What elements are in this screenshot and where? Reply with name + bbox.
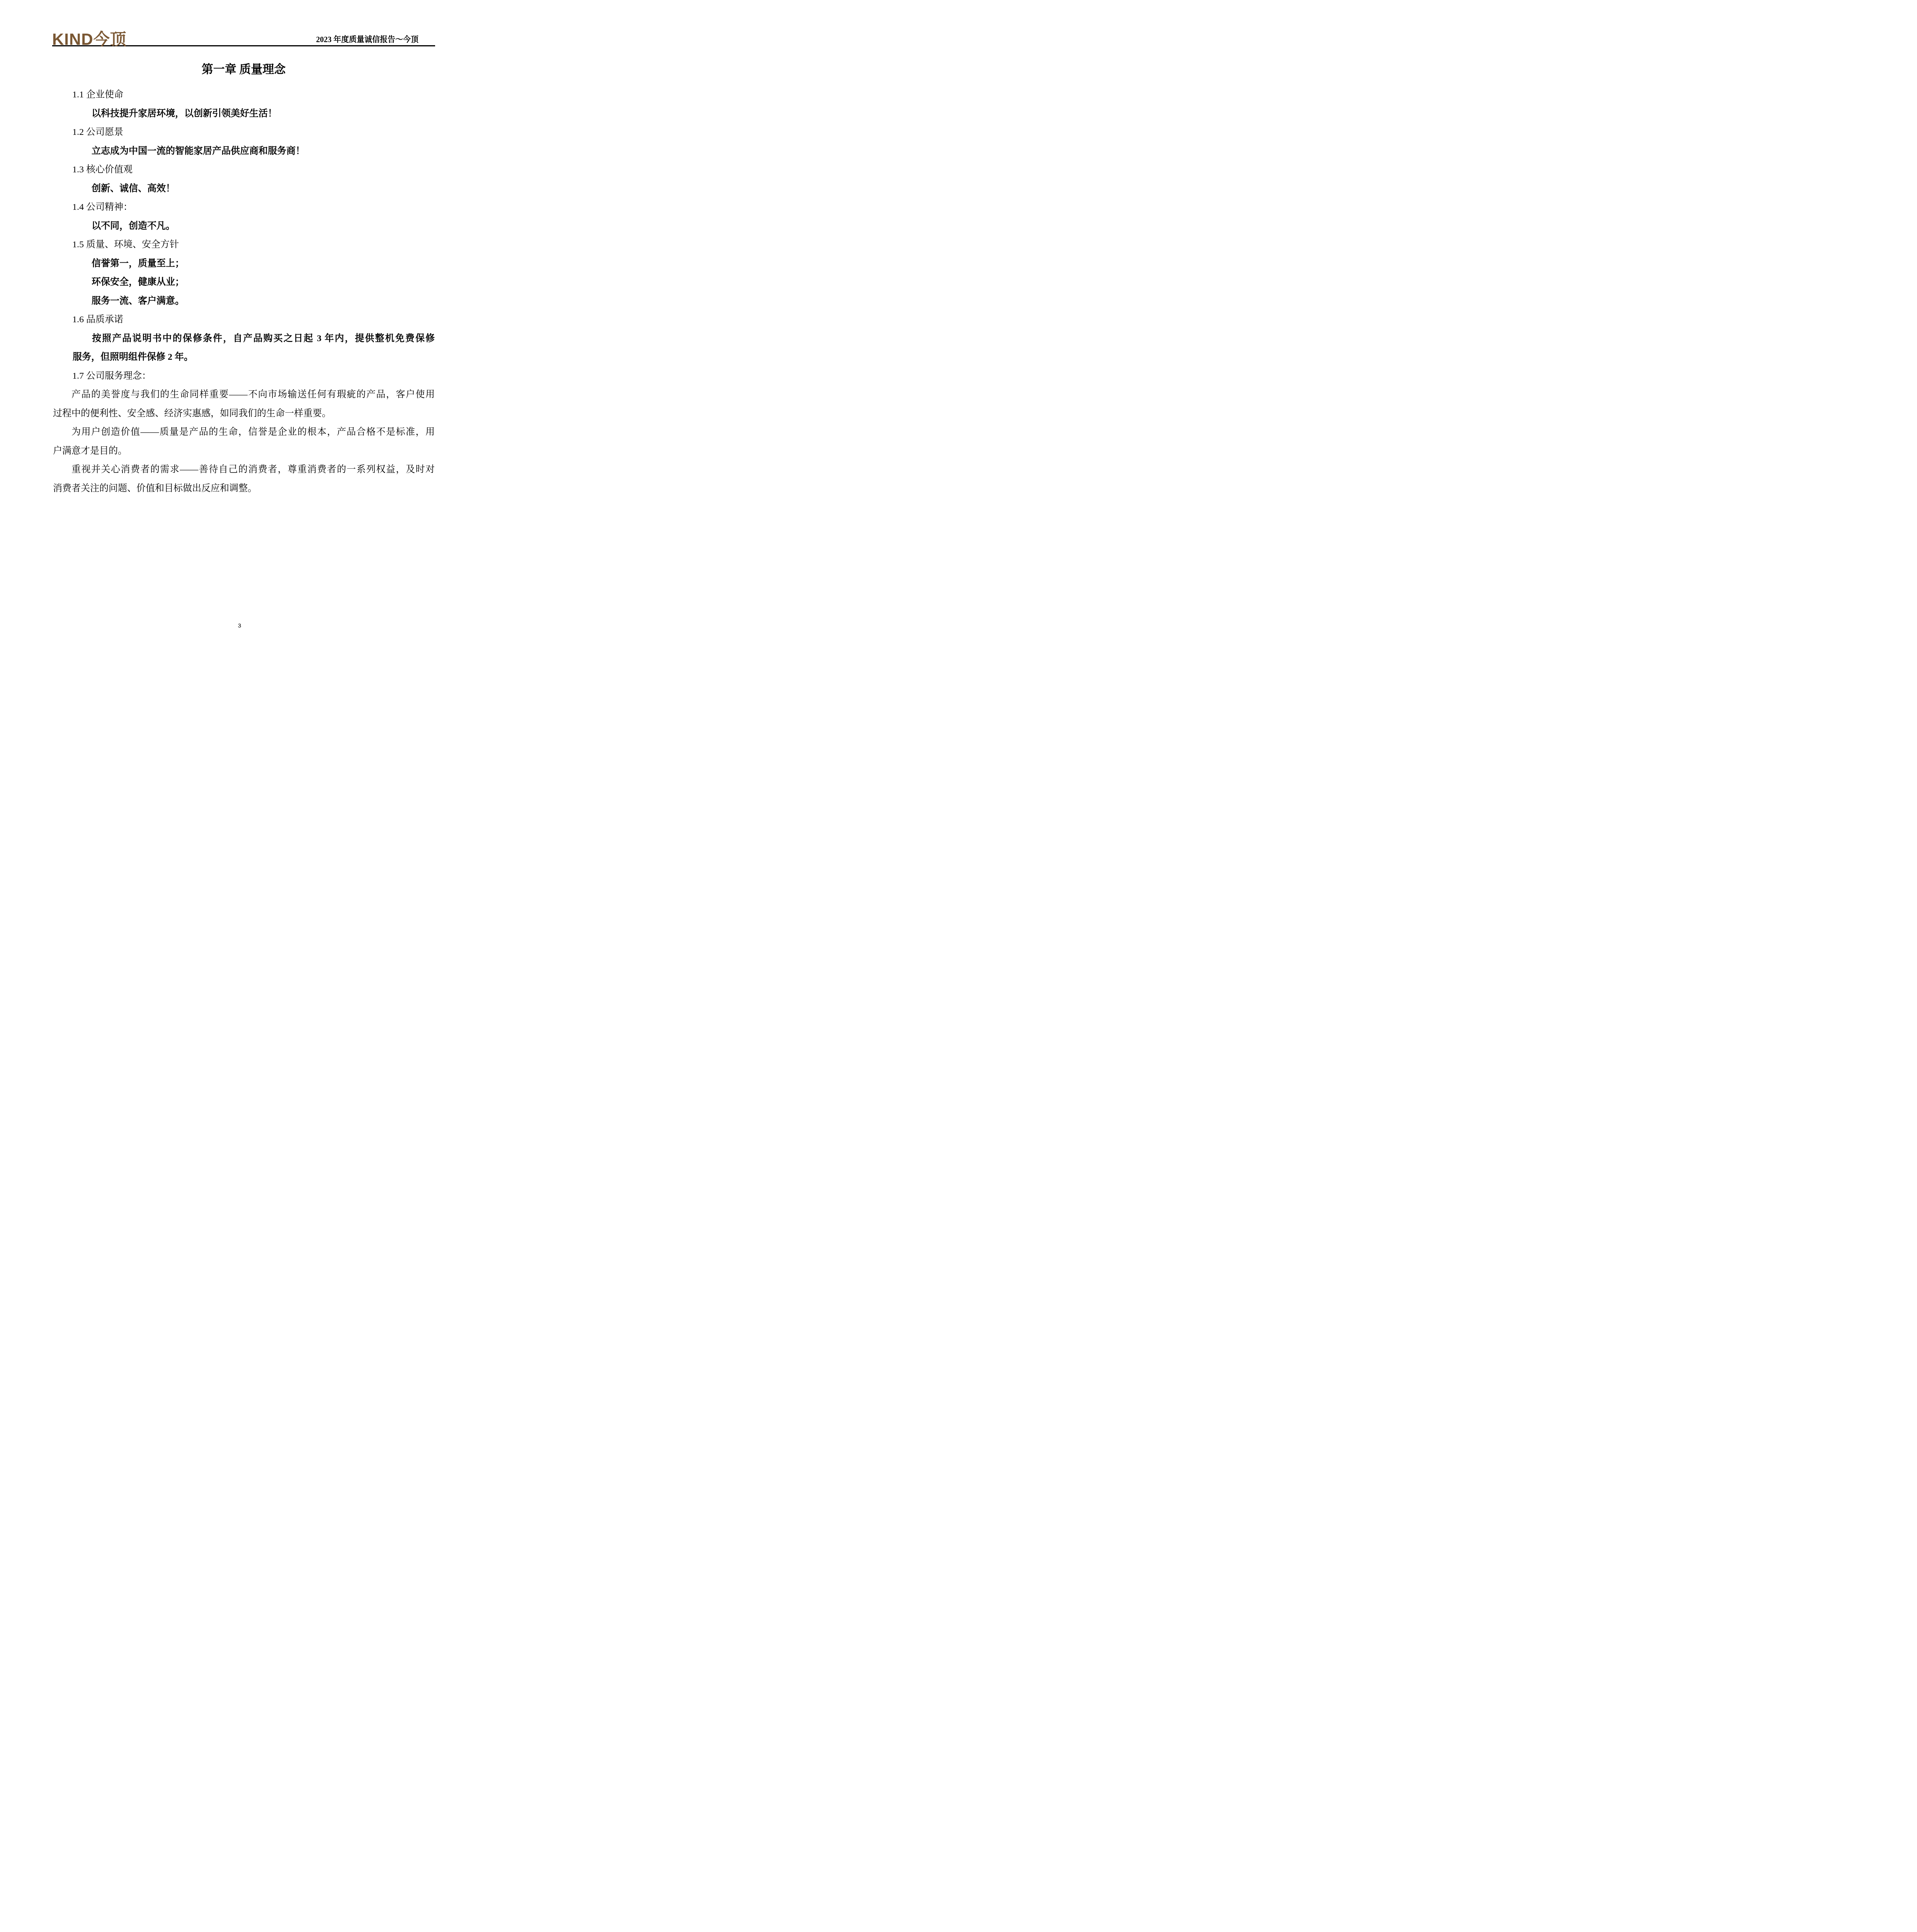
heading-1-6: 1.6 品质承诺 (72, 310, 479, 329)
chapter-title: 第一章 质量理念 (52, 62, 435, 77)
content-1-2: 立志成为中国一流的智能家居产品供应商和服务商！ (92, 142, 479, 161)
content-1-1: 以科技提升家居环境，以创新引领美好生活！ (92, 104, 479, 123)
document-page: KIND今顶 2023 年度质量诚信报告～今顶 第一章 质量理念 1.1 企业使… (0, 0, 479, 678)
content-1-7-para-1-line-1: 产品的美誉度与我们的生命同样重要——不向市场输送任何有瑕疵的产品，客户使用 (71, 385, 435, 404)
content-1-7-para-3-line-1: 重视并关心消费者的需求——善待自己的消费者，尊重消费者的一系列权益，及时对 (71, 460, 435, 479)
content-1-7-para-1-line-2: 过程中的便利性、安全感、经济实惠感，如同我们的生命一样重要。 (53, 404, 479, 423)
content-1-5-line-3: 服务一流、客户满意。 (92, 292, 479, 311)
heading-1-1: 1.1 企业使命 (72, 85, 479, 104)
report-title: 2023 年度质量诚信报告～今顶 (316, 35, 418, 45)
content-1-4: 以不同，创造不凡。 (92, 217, 479, 236)
heading-1-2: 1.2 公司愿景 (72, 123, 479, 142)
content-1-7-para-2-line-1: 为用户创造价值——质量是产品的生命，信誉是企业的根本，产品合格不是标准，用 (71, 423, 435, 442)
heading-1-4: 1.4 公司精神： (72, 198, 479, 217)
page-number: 3 (0, 622, 479, 630)
content-1-7-para-3-line-2: 消费者关注的问题、价值和目标做出反应和调整。 (53, 479, 479, 498)
kind-logo: KIND今顶 (52, 32, 127, 48)
content-1-5-line-1: 信誉第一，质量至上； (92, 254, 479, 273)
content-1-6-line-2: 服务，但照明组件保修 2 年。 (73, 348, 479, 367)
heading-1-7: 1.7 公司服务理念： (72, 367, 479, 386)
body-text: 1.1 企业使命 以科技提升家居环境，以创新引领美好生活！ 1.2 公司愿景 立… (0, 85, 479, 498)
content-1-5-line-2: 环保安全，健康从业； (92, 273, 479, 292)
content-1-3: 创新、诚信、高效！ (92, 179, 479, 198)
content-1-6-line-1: 按照产品说明书中的保修条件，自产品购买之日起 3 年内，提供整机免费保修 (92, 329, 435, 348)
content-1-7-para-2-line-2: 户满意才是目的。 (53, 442, 479, 461)
heading-1-3: 1.3 核心价值观 (72, 160, 479, 179)
heading-1-5: 1.5 质量、环境、安全方针 (72, 235, 479, 254)
